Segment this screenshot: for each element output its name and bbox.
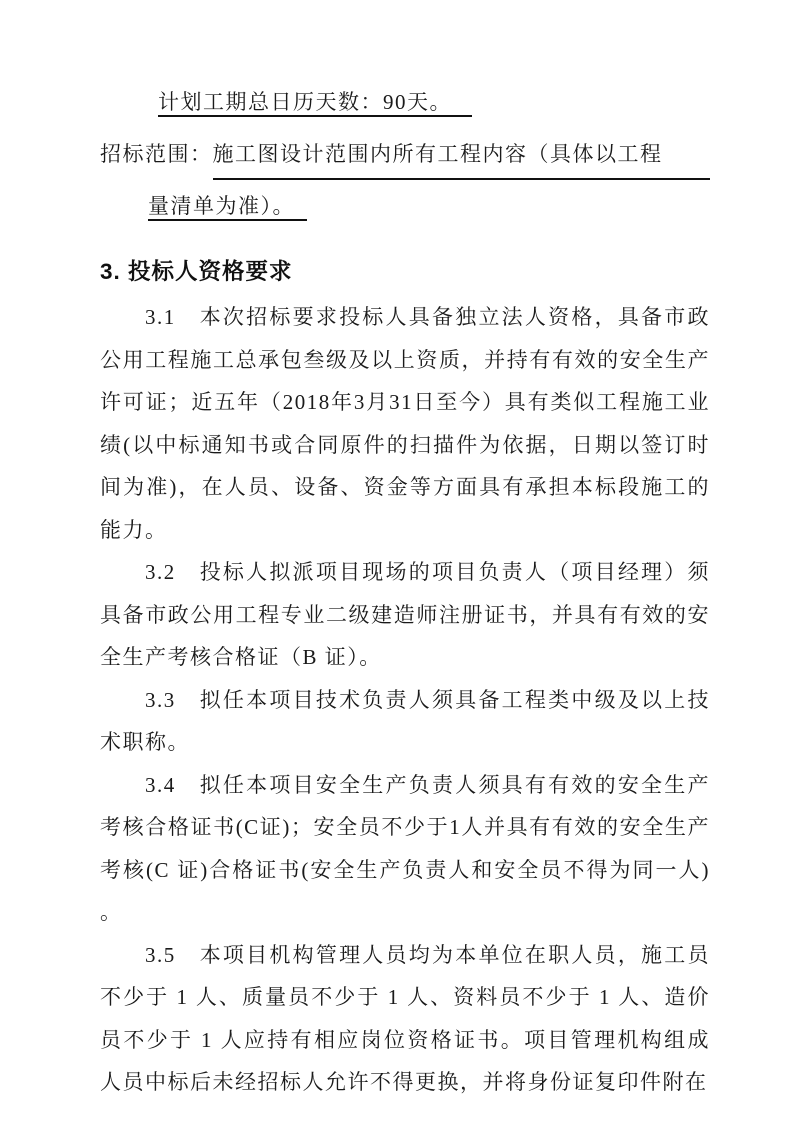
planned-duration-line: 计划工期总日历天数：90天。 [100,76,710,128]
bid-scope-line: 招标范围： 施工图设计范围内所有工程内容（具体以工程 [100,128,710,180]
document-content: 计划工期总日历天数：90天。 招标范围： 施工图设计范围内所有工程内容（具体以工… [0,0,800,1104]
bid-scope-label: 招标范围： [100,128,213,180]
document-page: 计划工期总日历天数：90天。 招标范围： 施工图设计范围内所有工程内容（具体以工… [0,0,800,1131]
paragraph-3-2: 3.2 投标人拟派项目现场的项目负责人（项目经理）须具备市政公用工程专业二级建造… [100,551,710,679]
planned-duration-value: 计划工期总日历天数：90天。 [158,90,472,117]
bid-scope-value-line1: 施工图设计范围内所有工程内容（具体以工程 [213,128,711,180]
paragraph-3-3: 3.3 拟任本项目技术负责人须具备工程类中级及以上技术职称。 [100,679,710,764]
bid-scope-line-continued: 量清单为准）。 [100,180,710,232]
paragraph-3-4: 3.4 拟任本项目安全生产负责人须具有有效的安全生产考核合格证书(C证)；安全员… [100,764,710,934]
bid-scope-value-line2: 量清单为准）。 [148,194,307,221]
section-heading-bidder-qualifications: 3. 投标人资格要求 [100,254,710,286]
paragraph-3-1: 3.1 本次招标要求投标人具备独立法人资格，具备市政公用工程施工总承包叁级及以上… [100,296,710,551]
paragraph-3-5: 3.5 本项目机构管理人员均为本单位在职人员，施工员不少于 1 人、质量员不少于… [100,934,710,1104]
